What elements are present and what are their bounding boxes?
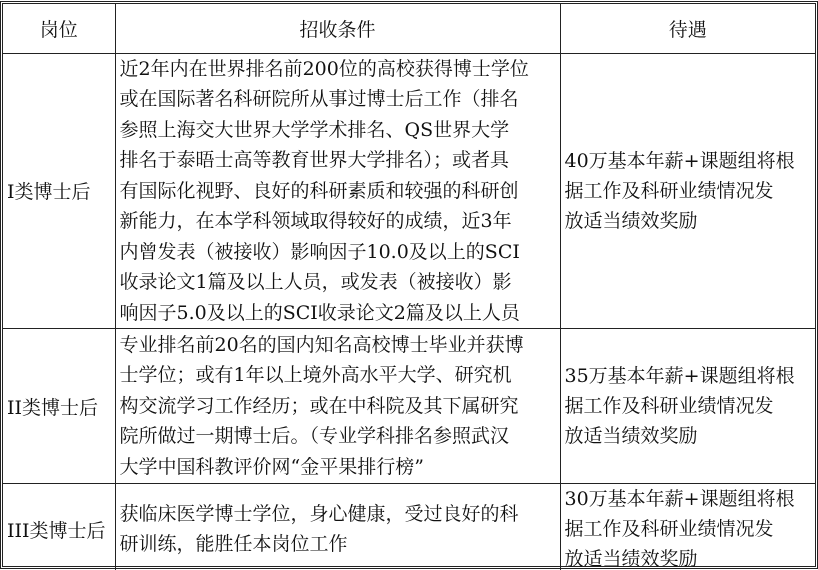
requirements-line: 有国际化视野、良好的科研素质和较强的科研创 xyxy=(120,176,556,207)
requirements-line: 内曾发表（被接收）影响因子10.0及以上的SCI xyxy=(120,237,556,268)
header-position: 岗位 xyxy=(3,4,115,53)
header-requirements: 招收条件 xyxy=(115,4,560,53)
requirements-line: 构交流学习工作经历；或在中科院及其下属研究 xyxy=(120,391,556,422)
requirements-line: 专业排名前20名的国内知名高校博士毕业并获博 xyxy=(120,330,556,361)
position-cell: III类博士后 xyxy=(3,484,115,570)
benefits-line: 据工作及科研业绩情况发 xyxy=(565,391,812,421)
requirements-line: 院所做过一期博士后。（专业学科排名参照武汉 xyxy=(120,421,556,452)
position-cell: I类博士后 xyxy=(3,53,115,329)
benefits-cell: 40万基本年薪+课题组将根 据工作及科研业绩情况发 放适当绩效奖励 xyxy=(560,53,815,329)
benefits-line: 放适当绩效奖励 xyxy=(565,206,812,236)
requirements-line: 新能力，在本学科领域取得较好的成绩，近3年 xyxy=(120,206,556,237)
table-row: II类博士后 专业排名前20名的国内知名高校博士毕业并获博 士学位；或有1年以上… xyxy=(3,329,815,484)
requirements-line: 响因子5.0及以上的SCI收录论文2篇及以上人员 xyxy=(120,298,556,329)
table-row: III类博士后 获临床医学博士学位，身心健康，受过良好的科 研训练，能胜任本岗位… xyxy=(3,484,815,570)
benefits-line: 放适当绩效奖励 xyxy=(565,421,812,451)
requirements-line: 获临床医学博士学位，身心健康，受过良好的科 xyxy=(120,499,556,529)
benefits-line: 据工作及科研业绩情况发 xyxy=(565,514,812,544)
position-cell: II类博士后 xyxy=(3,329,115,484)
requirements-line: 研训练，能胜任本岗位工作 xyxy=(120,529,556,559)
requirements-cell: 近2年内在世界排名前200位的高校获得博士学位 或在国际著名科研院所从事过博士后… xyxy=(115,53,560,329)
benefits-line: 据工作及科研业绩情况发 xyxy=(565,176,812,206)
requirements-line: 收录论文1篇及以上人员，或发表（被接收）影 xyxy=(120,267,556,298)
header-benefits: 待遇 xyxy=(560,4,815,53)
requirements-line: 排名于泰晤士高等教育世界大学排名）；或者具 xyxy=(120,145,556,176)
benefits-line: 放适当绩效奖励 xyxy=(565,544,812,570)
table-header-row: 岗位 招收条件 待遇 xyxy=(3,4,815,53)
requirements-cell: 获临床医学博士学位，身心健康，受过良好的科 研训练，能胜任本岗位工作 xyxy=(115,484,560,570)
benefits-line: 40万基本年薪+课题组将根 xyxy=(565,146,812,176)
benefits-cell: 35万基本年薪+课题组将根 据工作及科研业绩情况发 放适当绩效奖励 xyxy=(560,329,815,484)
requirements-line: 士学位；或有1年以上境外高水平大学、研究机 xyxy=(120,360,556,391)
requirements-line: 近2年内在世界排名前200位的高校获得博士学位 xyxy=(120,54,556,85)
recruitment-table-frame: 岗位 招收条件 待遇 I类博士后 近2年内在世界排名前200位的高校获得博士学位… xyxy=(0,1,818,569)
postdoc-recruitment-table: 岗位 招收条件 待遇 I类博士后 近2年内在世界排名前200位的高校获得博士学位… xyxy=(3,4,815,570)
requirements-cell: 专业排名前20名的国内知名高校博士毕业并获博 士学位；或有1年以上境外高水平大学… xyxy=(115,329,560,484)
benefits-cell: 30万基本年薪+课题组将根 据工作及科研业绩情况发 放适当绩效奖励 xyxy=(560,484,815,570)
requirements-line: 大学中国科教评价网“金平果排行榜” xyxy=(120,452,556,483)
table-row: I类博士后 近2年内在世界排名前200位的高校获得博士学位 或在国际著名科研院所… xyxy=(3,53,815,329)
requirements-line: 参照上海交大世界大学学术排名、QS世界大学 xyxy=(120,115,556,146)
benefits-line: 35万基本年薪+课题组将根 xyxy=(565,361,812,391)
benefits-line: 30万基本年薪+课题组将根 xyxy=(565,484,812,514)
requirements-line: 或在国际著名科研院所从事过博士后工作（排名 xyxy=(120,84,556,115)
